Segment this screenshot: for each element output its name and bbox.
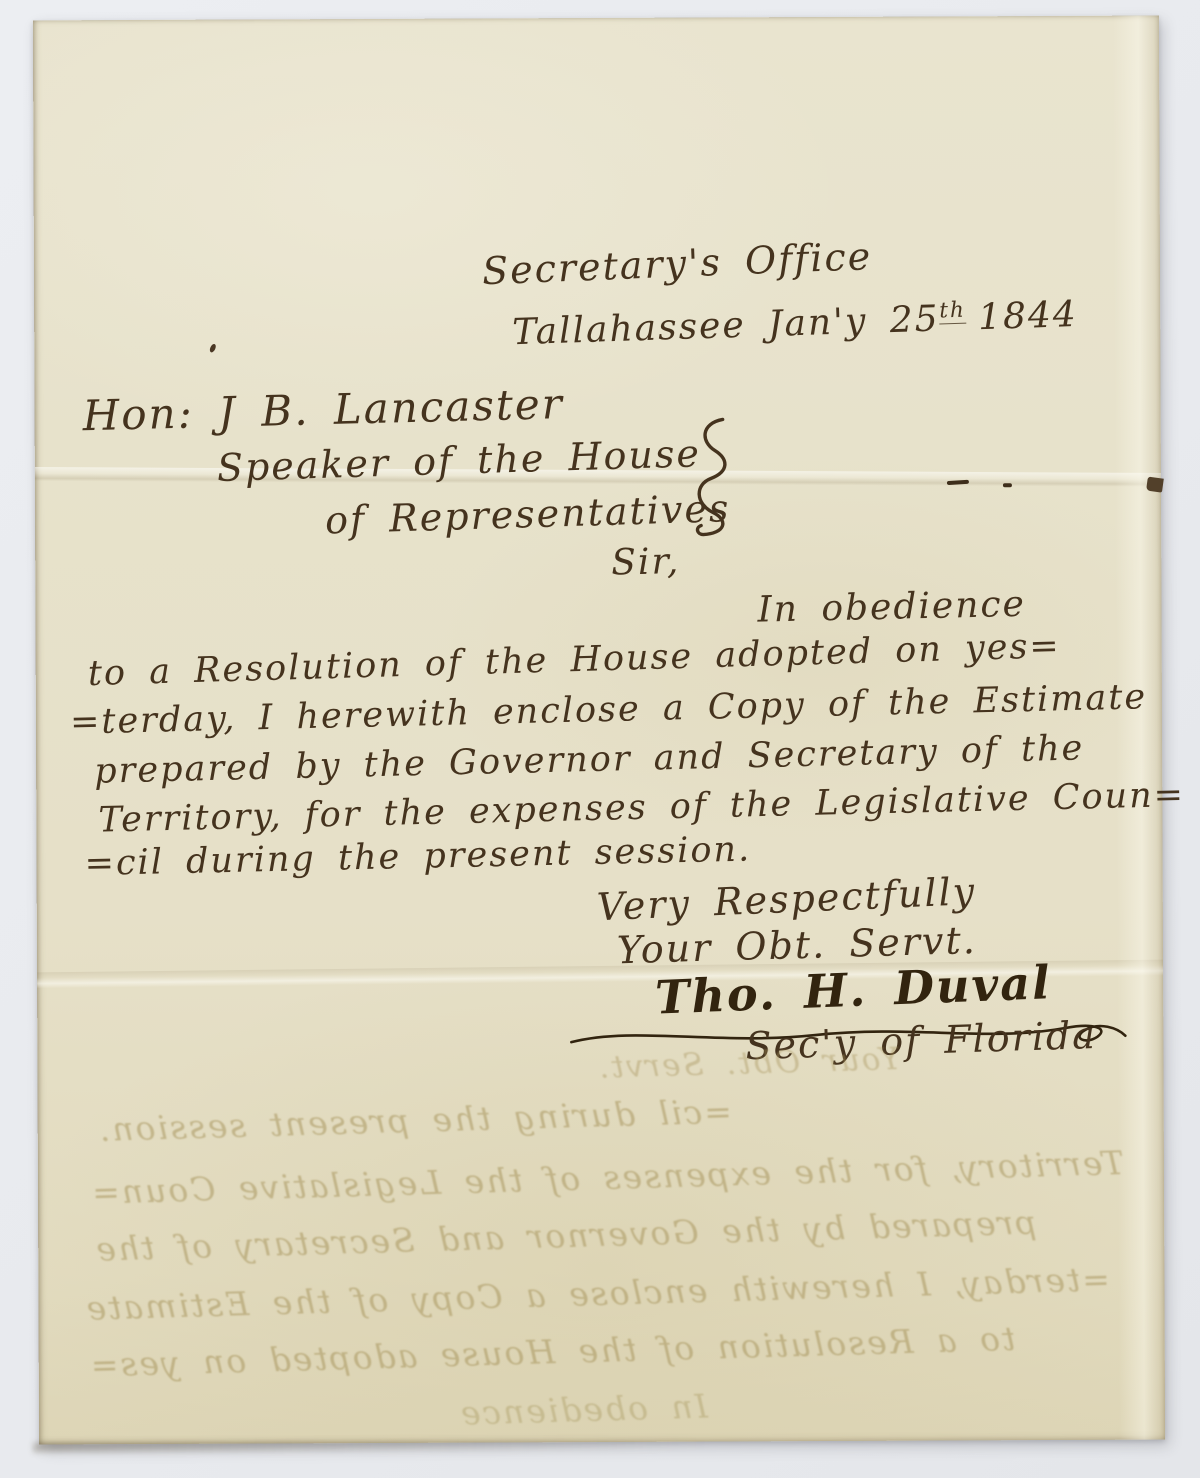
edge-notch bbox=[1146, 477, 1164, 493]
salutation: Sir, bbox=[611, 541, 681, 583]
bleedthrough-line: =terday, I herewith enclose a Copy of th… bbox=[84, 1259, 1110, 1328]
ink-dash bbox=[1003, 483, 1012, 487]
bleedthrough-line: prepared by the Governor and Secretary o… bbox=[94, 1203, 1037, 1269]
heading-dateline: Tallahassee Jan'y 25th1844 bbox=[512, 294, 1079, 353]
bleedthrough-line: Territory, for the expenses of the Legis… bbox=[90, 1143, 1125, 1212]
dateline-year: 1844 bbox=[977, 294, 1078, 338]
right-edge-curl bbox=[1113, 16, 1165, 1440]
bleedthrough-line: In obedience bbox=[458, 1387, 708, 1433]
recipient-title-line2: of Representatives bbox=[324, 486, 731, 542]
body-opening: In obedience bbox=[757, 584, 1026, 631]
bleedthrough-line: Your Obt. Servt. bbox=[597, 1041, 901, 1086]
letter-page: Secretary's Office Tallahassee Jan'y 25t… bbox=[33, 16, 1165, 1445]
bleedthrough-line: =cil during the present session. bbox=[97, 1092, 732, 1149]
paper-shadow bbox=[33, 1440, 709, 1453]
dateline-main: Tallahassee Jan'y 25 bbox=[512, 298, 940, 353]
brace-icon bbox=[683, 415, 738, 537]
ink-speck bbox=[209, 343, 217, 353]
recipient-name: Hon: J B. Lancaster bbox=[82, 379, 564, 440]
bleedthrough-line: to a Resolution of the House adopted on … bbox=[88, 1319, 1015, 1385]
dateline-ordinal: th bbox=[939, 298, 966, 325]
heading-office: Secretary's Office bbox=[481, 234, 873, 293]
